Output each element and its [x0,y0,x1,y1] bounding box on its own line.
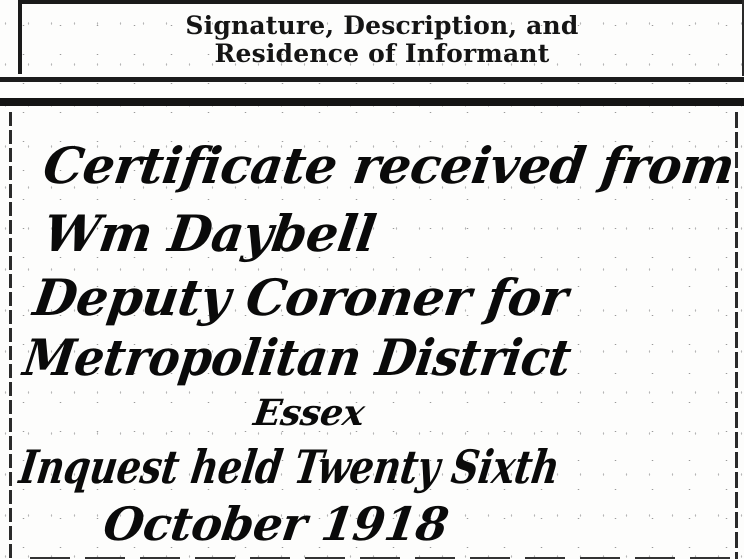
entry-top-rule [0,98,744,106]
document-page: Signature, Description, and Residence of… [0,0,744,559]
handwritten-line-informant-name: Wm Daybell [40,204,379,263]
handwritten-line-county: Essex [251,392,367,434]
entry-right-rule [735,112,738,559]
handwritten-line-date: October 1918 [100,497,451,551]
handwritten-line-district: Metropolitan District [20,328,575,387]
handwritten-line-inquest-held: Inquest held Twenty Sixth [16,440,562,494]
column-header-line-1: Signature, Description, and [185,12,578,40]
handwritten-entry: Certificate received from Wm Daybell Dep… [14,112,734,559]
entry-left-rule [9,112,12,559]
column-header-line-2: Residence of Informant [214,40,549,68]
handwritten-line-deputy-coroner: Deputy Coroner for [30,268,571,327]
column-header: Signature, Description, and Residence of… [22,4,742,76]
handwritten-line-certificate-received: Certificate received from [40,136,738,195]
header-bottom-rule [0,77,744,82]
